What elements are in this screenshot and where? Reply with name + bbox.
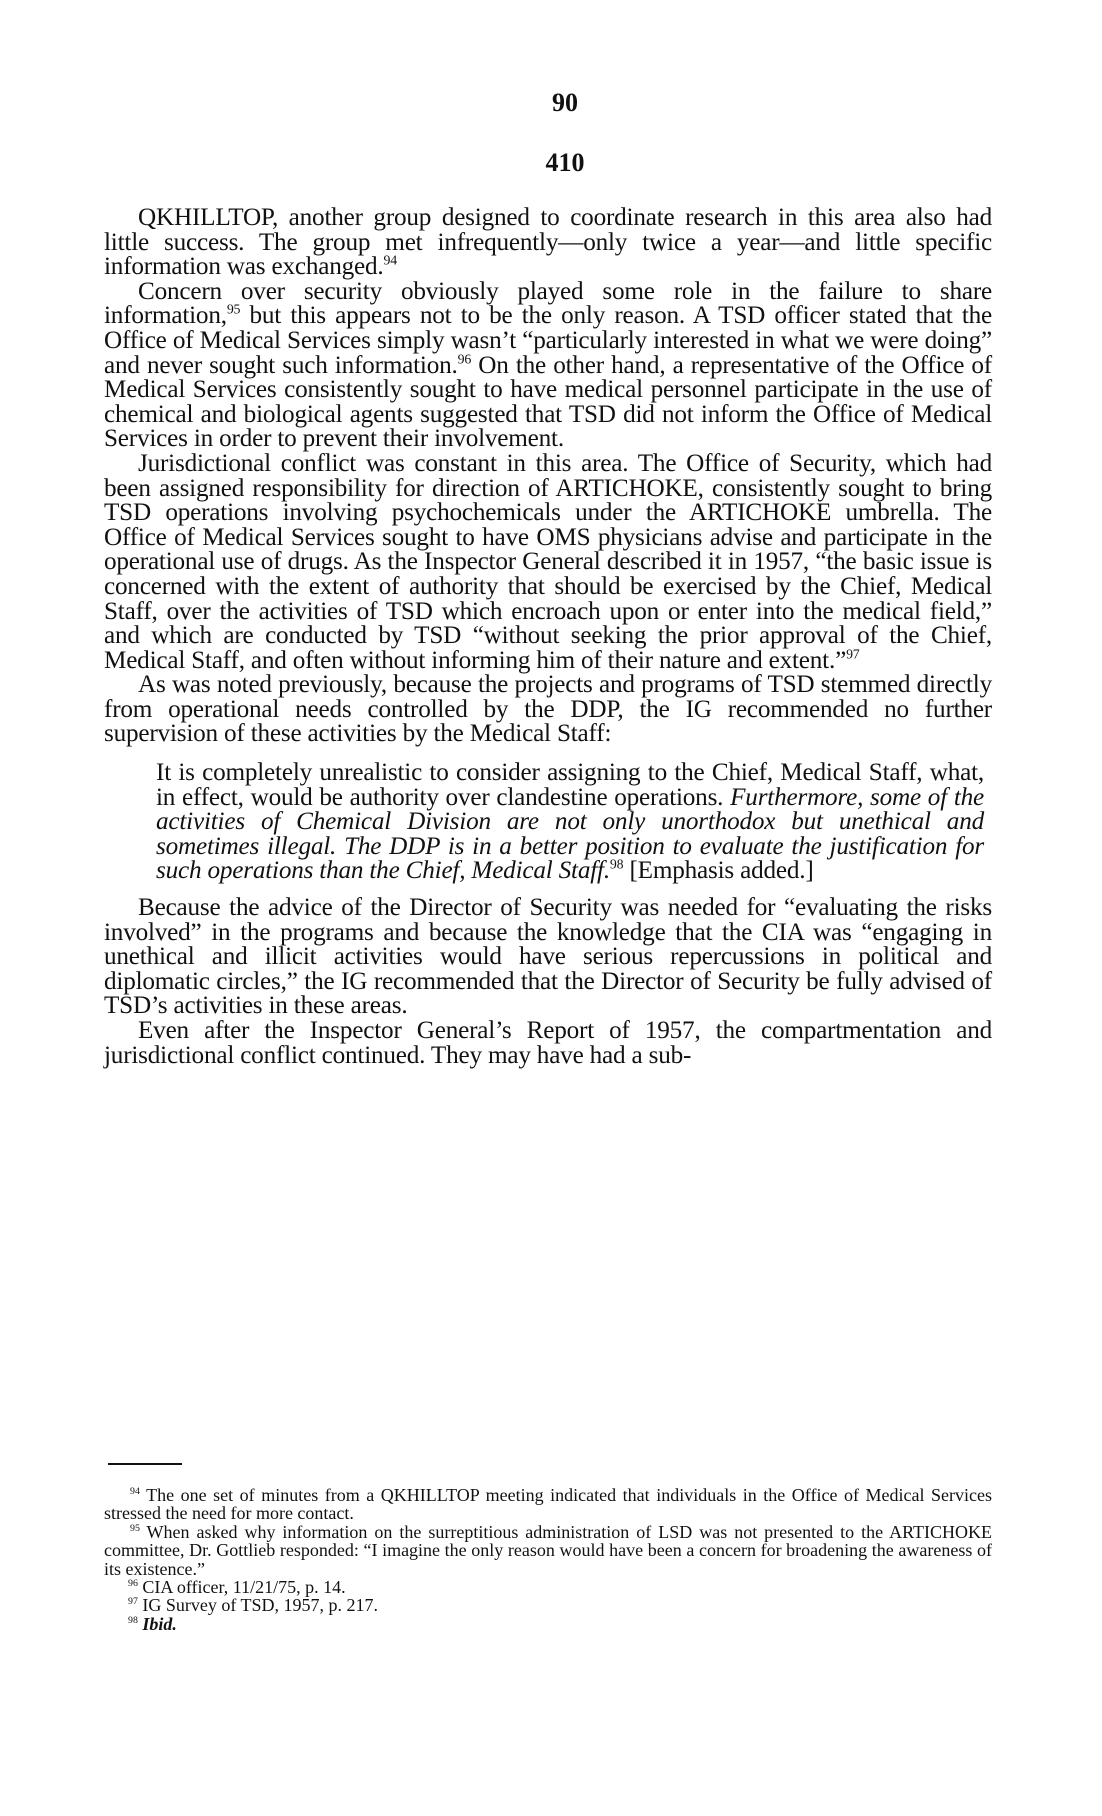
footnote-ref: 97 — [846, 646, 859, 661]
quote-tail-text: [Emphasis added.] — [623, 857, 813, 884]
footnote-text: CIA officer, 11/21/75, p. 14. — [142, 1577, 345, 1597]
paragraph-text: QKHILLTOP, another group designed to coo… — [104, 204, 992, 280]
footnote-ref: 95 — [227, 302, 240, 317]
paragraph-ig-recommendation: As was noted previously, because the pro… — [104, 673, 992, 747]
footnote-text: IG Survey of TSD, 1957, p. 217. — [142, 1595, 378, 1615]
footnotes: 94 The one set of minutes from a QKHILLT… — [104, 1486, 992, 1633]
footnote-96: 96 CIA officer, 11/21/75, p. 14. — [104, 1578, 992, 1596]
footnote-ref: 98 — [610, 857, 623, 872]
footnote-text: When asked why information on the surrep… — [104, 1522, 992, 1579]
block-quote: It is completely unrealistic to consider… — [156, 761, 984, 884]
footnote-95: 95 When asked why information on the sur… — [104, 1523, 992, 1578]
page-number-original: 410 — [14, 148, 1102, 178]
footnote-94: 94 The one set of minutes from a QKHILLT… — [104, 1486, 992, 1523]
footnote-number: 98 — [128, 1615, 138, 1626]
paragraph-qkhilltop: QKHILLTOP, another group designed to coo… — [104, 206, 992, 280]
paragraph-text: As was noted previously, because the pro… — [104, 671, 992, 747]
paragraph-jurisdictional-conflict: Jurisdictional conflict was constant in … — [104, 452, 992, 673]
footnote-text: The one set of minutes from a QKHILLTOP … — [104, 1485, 992, 1523]
footnote-divider — [108, 1463, 182, 1465]
footnote-number: 96 — [128, 1578, 138, 1589]
paragraph-security-concern: Concern over security obviously played s… — [104, 280, 992, 452]
footnote-ref: 96 — [458, 351, 471, 366]
footnote-text: Ibid. — [142, 1614, 177, 1634]
footnote-number: 97 — [128, 1596, 138, 1607]
footnote-number: 95 — [130, 1523, 140, 1534]
body-text: QKHILLTOP, another group designed to coo… — [104, 206, 992, 1068]
footnote-ref: 94 — [383, 253, 396, 268]
paragraph-text: Jurisdictional conflict was constant in … — [104, 450, 992, 674]
footnote-number: 94 — [130, 1486, 140, 1497]
paragraph-text: Even after the Inspector General’s Repor… — [104, 1017, 992, 1069]
paragraph-director-security: Because the advice of the Director of Se… — [104, 896, 992, 1019]
paragraph-text: Because the advice of the Director of Se… — [104, 894, 992, 1019]
footnote-98: 98 Ibid. — [104, 1615, 992, 1633]
paragraph-continued-conflict: Even after the Inspector General’s Repor… — [104, 1019, 992, 1068]
footnote-97: 97 IG Survey of TSD, 1957, p. 217. — [104, 1596, 992, 1614]
page-number-top: 90 — [14, 88, 1102, 118]
